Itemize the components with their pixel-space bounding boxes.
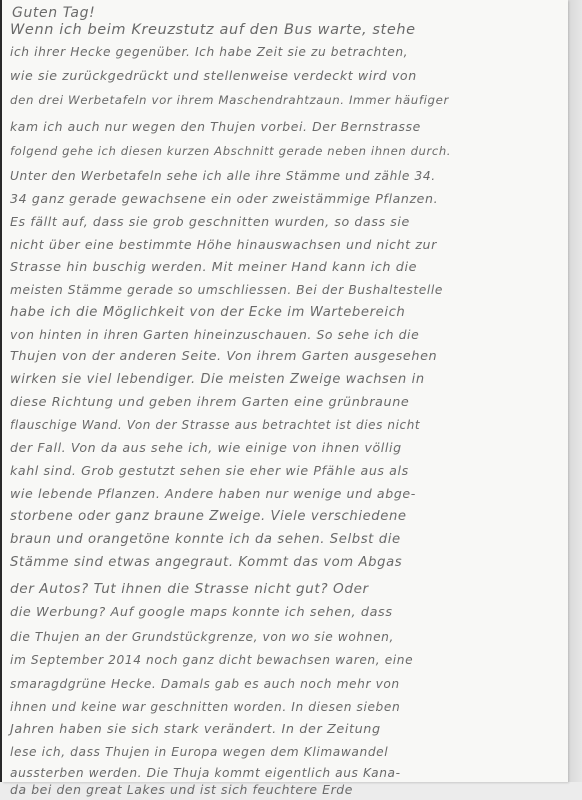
letter-line-19: der Fall. Von da aus sehe ich, wie einig… (10, 439, 402, 457)
letter-line-6: folgend gehe ich diesen kurzen Abschnitt… (10, 142, 451, 160)
letter-line-29: smaragdgrüne Hecke. Damals gab es auch n… (10, 675, 400, 693)
letter-line-14: von hinten in ihren Garten hineinzuschau… (10, 326, 419, 344)
letter-line-20: kahl sind. Grob gestutzt sehen sie eher … (10, 462, 409, 480)
letter-line-9: Es fällt auf, dass sie grob geschnitten … (10, 213, 410, 231)
scan-right-margin (568, 0, 582, 800)
letter-line-17: diese Richtung und geben ihrem Garten ei… (10, 394, 409, 412)
letter-line-13: habe ich die Möglichkeit von der Ecke im… (10, 304, 405, 322)
letter-greeting: Guten Tag! (12, 4, 95, 22)
letter-line-33: aussterben werden. Die Thuja kommt eigen… (10, 764, 401, 782)
letter-line-7: Unter den Werbetafeln sehe ich alle ihre… (10, 167, 436, 185)
letter-line-24: Stämme sind etwas angegraut. Kommt das v… (10, 554, 402, 572)
letter-line-4: den drei Werbetafeln vor ihrem Maschendr… (10, 91, 449, 109)
letter-line-22: storbene oder ganz braune Zweige. Viele … (10, 508, 407, 526)
letter-line-12: meisten Stämme gerade so umschliessen. B… (10, 281, 443, 299)
letter-line-27: die Thujen an der Grundstückgrenze, von … (10, 628, 394, 646)
letter-line-1: Wenn ich beim Kreuzstutz auf den Bus war… (10, 21, 416, 39)
letter-line-15: Thujen von der anderen Seite. Von ihrem … (10, 348, 437, 366)
letter-line-5: kam ich auch nur wegen den Thujen vorbei… (10, 118, 421, 136)
letter-line-3: wie sie zurückgedrückt und stellenweise … (10, 67, 417, 85)
letter-line-10: nicht über eine bestimmte Höhe hinauswac… (10, 236, 437, 254)
letter-line-34: da bei den great Lakes und ist sich feuc… (10, 781, 353, 799)
letter-line-2: ich ihrer Hecke gegenüber. Ich habe Zeit… (10, 43, 408, 61)
letter-page: Guten Tag! Wenn ich beim Kreuzstutz auf … (2, 0, 568, 782)
letter-line-25: der Autos? Tut ihnen die Strasse nicht g… (10, 580, 369, 598)
letter-line-11: Strasse hin buschig werden. Mit meiner H… (10, 259, 417, 277)
letter-line-32: lese ich, dass Thujen in Europa wegen de… (10, 743, 388, 761)
letter-line-26: die Werbung? Auf google maps konnte ich … (10, 604, 393, 622)
letter-line-8: 34 ganz gerade gewachsene ein oder zweis… (10, 190, 438, 208)
letter-line-16: wirken sie viel lebendiger. Die meisten … (10, 371, 425, 389)
letter-line-30: ihnen und keine war geschnitten worden. … (10, 698, 400, 716)
letter-line-21: wie lebende Pflanzen. Andere haben nur w… (10, 485, 416, 503)
letter-line-28: im September 2014 noch ganz dicht bewach… (10, 651, 413, 669)
letter-line-31: Jahren haben sie sich stark verändert. I… (10, 721, 381, 739)
letter-line-18: flauschige Wand. Von der Strasse aus bet… (10, 416, 420, 434)
letter-line-23: braun und orangetöne konnte ich da sehen… (10, 531, 401, 549)
